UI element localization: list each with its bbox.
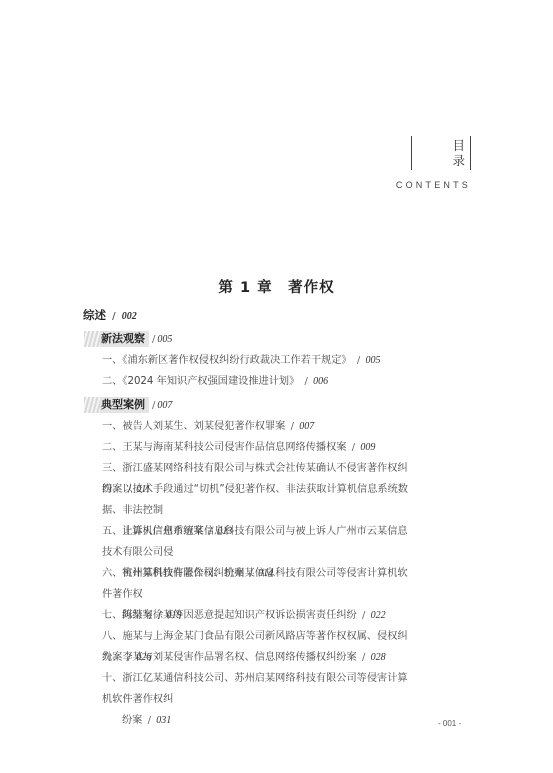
entry-text: 被告人刘某生、刘某侵犯著作权罪案 — [122, 421, 285, 432]
separator: / — [357, 355, 360, 366]
entry-text: 王某与海南某科技公司侵害作品信息网络传播权案 — [122, 442, 346, 453]
toc-entry[interactable]: 二、《2024 年知识产权强国建设推进计划》 / 006 — [102, 371, 417, 392]
page-ref: 005 — [365, 355, 380, 366]
page-ref: 002 — [122, 311, 137, 322]
entry-number: 二、 — [102, 376, 122, 387]
entry-text: 《浦东新区著作权侵权纠纷行政裁决工作若干规定》 — [122, 355, 351, 366]
entry-number: 十、 — [102, 673, 122, 684]
toc-title-char: 录 — [452, 153, 474, 168]
separator: / — [305, 376, 308, 387]
entry-number: 七、 — [102, 610, 122, 621]
entry-number: 九、 — [102, 652, 122, 663]
separator: / — [352, 442, 355, 453]
toc-entry[interactable]: 七、陈某与徐某等因恶意提起知识产权诉讼损害责任纠纷 / 022 — [102, 605, 417, 626]
entry-text: 上诉人广州市冠某信息科技有限公司与被上诉人广州市云某信息技术有限公司侵 — [102, 526, 408, 558]
separator: / — [152, 400, 155, 411]
page-number: - 001 - — [438, 719, 461, 728]
toc-overview[interactable]: 综述 / 002 — [83, 307, 137, 323]
separator: / — [362, 610, 365, 621]
entry-number: 四、 — [102, 484, 122, 495]
toc-entry[interactable]: 十、浙江亿某通信科技公司、苏州启某网络科技有限公司等侵害计算机软件著作权纠 纷案… — [102, 668, 417, 731]
entry-number: 六、 — [102, 568, 122, 579]
separator: / — [291, 421, 294, 432]
toc-title-char: 目 — [452, 138, 474, 153]
page-ref: 005 — [157, 334, 172, 345]
page-ref: 031 — [156, 715, 171, 726]
page-ref: 006 — [313, 376, 328, 387]
separator: / — [362, 652, 365, 663]
entry-text: 以技术手段通过“切机”侵犯著作权、非法获取计算机信息系统数据、非法控制 — [102, 484, 408, 516]
toc-entry[interactable]: 一、《浦东新区著作权侵权纠纷行政裁决工作若干规定》 / 005 — [102, 350, 417, 371]
overview-label: 综述 — [83, 308, 106, 322]
page-ref: 022 — [371, 610, 386, 621]
page-ref: 009 — [360, 442, 375, 453]
separator: / — [148, 715, 151, 726]
page-ref: 007 — [299, 421, 314, 432]
separator: / — [112, 311, 116, 322]
entry-number: 五、 — [102, 526, 122, 537]
entry-number: 八、 — [102, 631, 122, 642]
entry-number: 二、 — [102, 442, 122, 453]
chapter-title: 第 1 章 著作权 — [0, 276, 553, 297]
section-label: 新法观察 — [84, 331, 149, 347]
entry-text-continued: 纷案 — [122, 715, 142, 726]
entry-text: 杭州某科技有限公司、杭州某信息科技有限公司等侵害计算机软件著作权 — [102, 568, 408, 600]
entry-text: 浙江亿某通信科技公司、苏州启某网络科技有限公司等侵害计算机软件著作权纠 — [102, 673, 408, 705]
section-typical-cases[interactable]: 典型案例 / 007 — [84, 397, 172, 413]
entry-number: 三、 — [102, 463, 122, 474]
page-ref: 007 — [157, 400, 172, 411]
toc-entry[interactable]: 九、李某与刘某侵害作品署名权、信息网络传播权纠纷案 / 028 — [102, 647, 417, 668]
section-new-law[interactable]: 新法观察 / 005 — [84, 331, 172, 347]
toc-subtitle: CONTENTS — [396, 180, 471, 190]
page-ref: 028 — [371, 652, 386, 663]
entry-text: 李某与刘某侵害作品署名权、信息网络传播权纠纷案 — [122, 652, 356, 663]
entry-number: 一、 — [102, 421, 122, 432]
entry-text: 《2024 年知识产权强国建设推进计划》 — [122, 376, 299, 387]
toc-header: 目 录 CONTENTS — [396, 136, 471, 190]
toc-entry[interactable]: 一、被告人刘某生、刘某侵犯著作权罪案 / 007 — [102, 416, 417, 437]
separator: / — [152, 334, 155, 345]
toc-entry[interactable]: 二、王某与海南某科技公司侵害作品信息网络传播权案 / 009 — [102, 437, 417, 458]
entry-number: 一、 — [102, 355, 122, 366]
entry-text: 陈某与徐某等因恶意提起知识产权诉讼损害责任纠纷 — [122, 610, 356, 621]
section-label: 典型案例 — [84, 397, 149, 413]
toc-title: 目 录 — [411, 136, 471, 170]
